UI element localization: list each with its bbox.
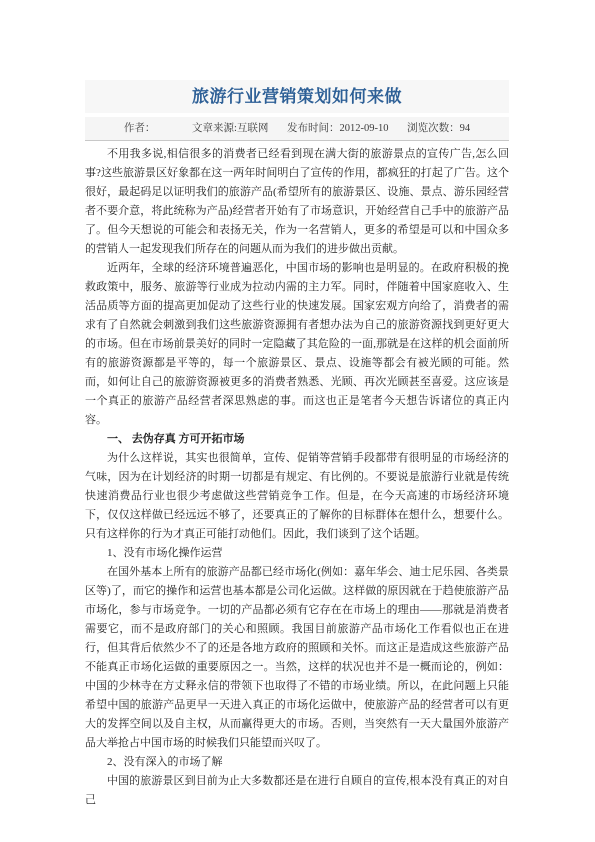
title-band: 旅游行业营销策划如何来做 (85, 80, 509, 113)
page-content: 旅游行业营销策划如何来做 作者： 文章来源:互联网 发布时间：2012-09-1… (85, 80, 509, 810)
paragraph-section-1-intro: 为什么这样说，其实也很简单，宣传、促销等营销手段都带有很明显的市场经济的气味，因… (85, 449, 509, 544)
article-title: 旅游行业营销策划如何来做 (89, 87, 505, 106)
paragraph-subsection-2: 中国的旅游景区到目前为止大多数都还是在进行自顾自的宣传,根本没有真正的对自己 (85, 772, 509, 810)
article-meta-bar: 作者： 文章来源:互联网 发布时间：2012-09-10 浏览次数：94 (85, 117, 509, 141)
article-body: 不用我多说,相信很多的消费者已经看到现在满大街的旅游景点的宣传广告,怎么回事?这… (85, 145, 509, 810)
subsection-heading-2: 2、没有深入的市场了解 (85, 753, 509, 772)
paragraph-background: 近两年，全球的经济环境普遍恶化，中国市场的影响也是明显的。在政府积极的挽救政策中… (85, 259, 509, 430)
document-page: 旅游行业营销策划如何来做 作者： 文章来源:互联网 发布时间：2012-09-1… (0, 0, 595, 842)
section-heading-1: 一、 去伪存真 方可开拓市场 (85, 430, 509, 449)
subsection-heading-1: 1、没有市场化操作运营 (85, 544, 509, 563)
meta-author-label: 作者： (124, 123, 156, 134)
meta-source: 文章来源:互联网 (192, 123, 268, 134)
meta-publish-date: 发布时间：2012-09-10 (287, 123, 389, 134)
meta-view-count: 浏览次数：94 (407, 123, 470, 134)
paragraph-intro: 不用我多说,相信很多的消费者已经看到现在满大街的旅游景点的宣传广告,怎么回事?这… (85, 145, 509, 259)
paragraph-subsection-1: 在国外基本上所有的旅游产品都已经市场化(例如：嘉年华会、迪士尼乐园、各类景区等)… (85, 563, 509, 753)
